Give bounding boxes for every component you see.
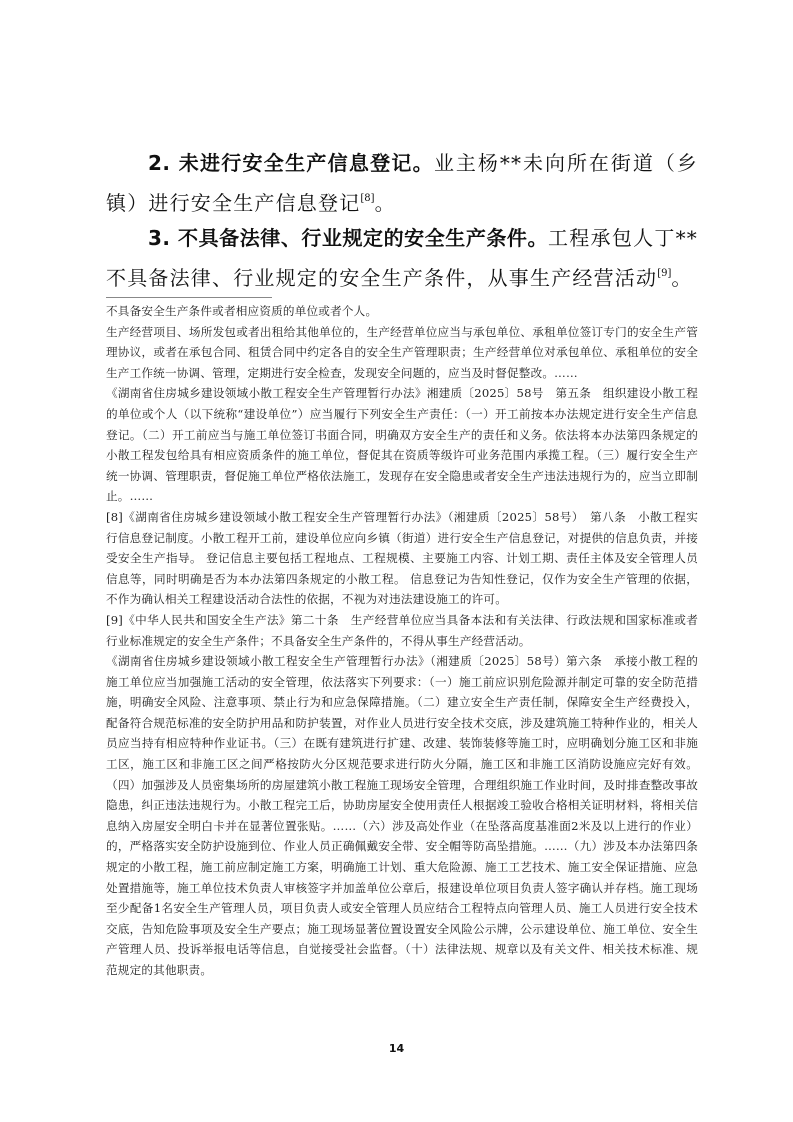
footnote-continuation: 《湖南省住房城乡建设领域小散工程安全生产管理暂行办法》湘建质〔2025〕58号 … xyxy=(106,383,698,507)
item-3-end: 。 xyxy=(671,266,692,290)
footnote-continuation: 生产经营项目、场所发包或者出租给其他单位的，生产经营单位应当与承包单位、承租单位… xyxy=(106,322,698,384)
page-number: 14 xyxy=(0,1042,793,1055)
main-body: 2. 未进行安全生产信息登记。业主杨**未向所在街道（乡镇）进行安全生产信息登记… xyxy=(106,146,698,296)
item-3-heading: 3. 不具备法律、行业规定的安全生产条件。 xyxy=(148,226,548,250)
footnote-9: [9]《中华人民共和国安全生产法》第二十条 生产经营单位应当具备本法和有关法律、… xyxy=(106,610,698,651)
footnote-9-continuation: 《湖南省住房城乡建设领域小散工程安全生产管理暂行办法》（湘建质〔2025〕58号… xyxy=(106,651,698,981)
footnote-separator xyxy=(106,297,272,298)
paragraph-item-2: 2. 未进行安全生产信息登记。业主杨**未向所在街道（乡镇）进行安全生产信息登记… xyxy=(106,146,698,221)
footnote-8: [8]《湖南省住房城乡建设领域小散工程安全生产管理暂行办法》（湘建质〔2025〕… xyxy=(106,507,698,610)
footnote-ref-9[interactable]: [9] xyxy=(657,268,671,279)
document-page: 2. 未进行安全生产信息登记。业主杨**未向所在街道（乡镇）进行安全生产信息登记… xyxy=(0,0,793,1122)
item-2-heading: 2. 未进行安全生产信息登记。 xyxy=(148,151,434,175)
footnotes: 不具备安全生产条件或者相应资质的单位或者个人。 生产经营项目、场所发包或者出租给… xyxy=(106,301,698,981)
footnote-ref-8[interactable]: [8] xyxy=(360,193,374,204)
footnote-continuation: 不具备安全生产条件或者相应资质的单位或者个人。 xyxy=(106,301,698,322)
item-2-end: 。 xyxy=(375,191,396,215)
paragraph-item-3: 3. 不具备法律、行业规定的安全生产条件。工程承包人丁**不具备法律、行业规定的… xyxy=(106,221,698,296)
